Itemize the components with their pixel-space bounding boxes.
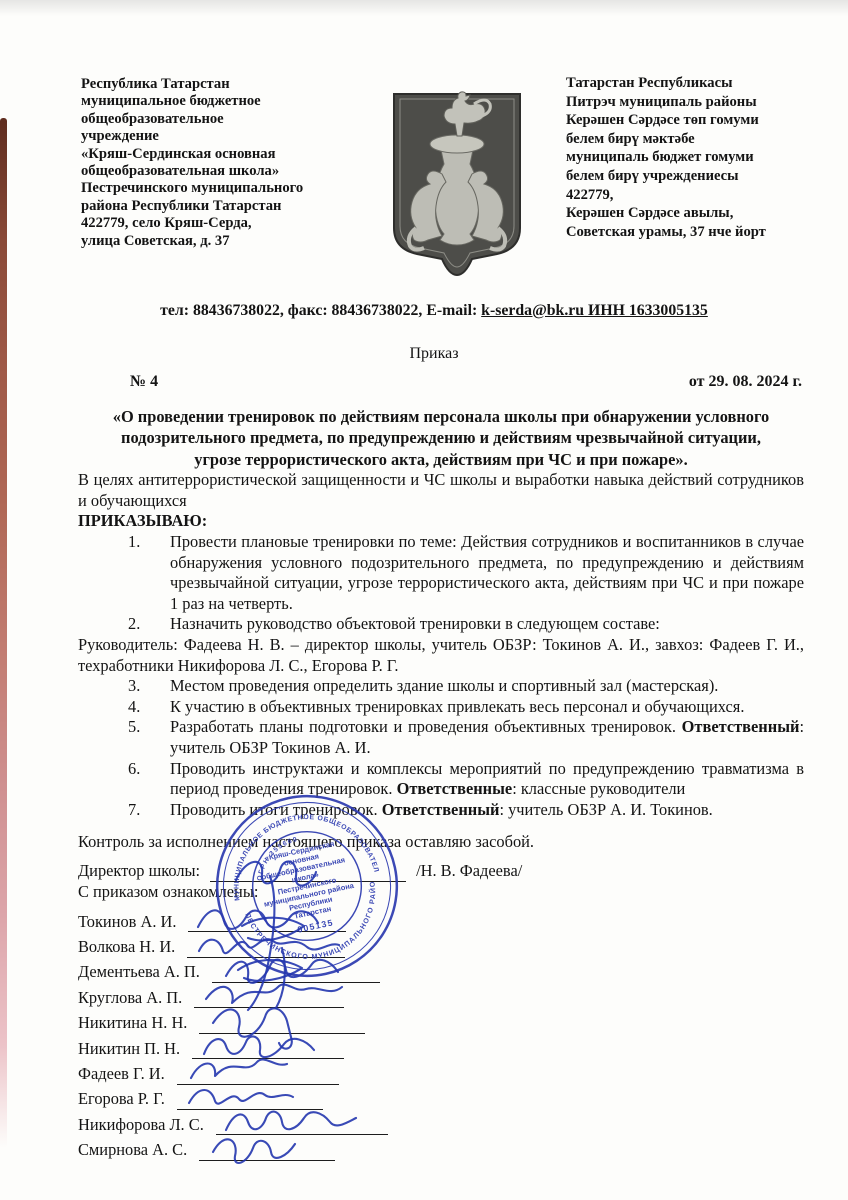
order-title: «О проведении тренировок по действиям пе… [78, 406, 804, 470]
item-text: Местом проведения определить здание школ… [170, 676, 718, 695]
item-number: 4. [128, 697, 140, 718]
signer-name: Егорова Р. Г. [78, 1089, 165, 1110]
order-item: 3.Местом проведения определить здание шк… [78, 676, 804, 697]
scan-edge-artifact [0, 118, 7, 1148]
handwritten-signature [203, 1130, 353, 1168]
contact-prefix: тел: 88436738022, факс: 88436738022, E-m… [160, 302, 481, 319]
signer-name: Фадеев Г. И. [78, 1064, 165, 1085]
acquainted-label: С приказом ознакомлены: [78, 882, 804, 907]
order-item: Руководитель: Фадеева Н. В. – директор ш… [78, 635, 804, 676]
order-item: 4.К участию в объективных тренировках пр… [78, 697, 804, 718]
order-preamble: В целях антитеррористической защищенност… [78, 470, 804, 511]
item-number: 3. [128, 676, 140, 697]
item-number: 2. [128, 614, 140, 635]
signer-row: Волкова Н. И. [78, 932, 804, 957]
signer-list: Токинов А. И.Волкова Н. И.Дементьева А. … [78, 907, 804, 1161]
director-label: Директор школы: [78, 861, 200, 882]
order-date: от 29. 08. 2024 г. [689, 373, 802, 391]
item-text: Разработать планы подготовки и проведени… [170, 717, 804, 757]
item-text: Руководитель: Фадеева Н. В. – директор ш… [78, 635, 804, 675]
order-item: 1.Провести плановые тренировки по теме: … [78, 532, 804, 614]
order-item-list: 1.Провести плановые тренировки по теме: … [78, 532, 804, 820]
item-number: 1. [128, 532, 140, 553]
item-number: 7. [128, 800, 140, 821]
signer-name: Смирнова А. С. [78, 1140, 187, 1161]
order-item: 2.Назначить руководство объектовой трени… [78, 614, 804, 635]
order-item: 6.Проводить инструктажи и комплексы меро… [78, 759, 804, 800]
item-text: Назначить руководство объектовой трениро… [170, 614, 660, 633]
letterhead-russian: Республика Татарстан муниципальное бюдже… [81, 76, 383, 250]
order-item: 5.Разработать планы подготовки и проведе… [78, 717, 804, 758]
signature-line [199, 1140, 335, 1161]
director-signature-line [210, 861, 406, 882]
item-text: Проводить инструктажи и комплексы меропр… [170, 759, 804, 799]
signer-name: Никитина Н. Н. [78, 1013, 187, 1034]
resolve-word: ПРИКАЗЫВАЮ: [78, 511, 804, 532]
signer-name: Никитин П. Н. [78, 1039, 180, 1060]
number-date-row: № 4 от 29. 08. 2024 г. [130, 373, 802, 391]
signer-row: Дементьева А. П. [78, 958, 804, 983]
letterhead-tatar: Татарстан Республикасы Питрэч муниципаль… [566, 74, 834, 241]
signer-row: Смирнова А. С. [78, 1135, 804, 1160]
order-number: № 4 [130, 373, 158, 391]
order-body: «О проведении тренировок по действиям пе… [78, 406, 804, 1161]
signer-row: Егорова Р. Г. [78, 1085, 804, 1110]
item-number: 6. [128, 759, 140, 780]
signer-name: Круглова А. П. [78, 988, 182, 1009]
signer-row: Никитина Н. Н. [78, 1008, 804, 1033]
signer-name: Никифорова Л. С. [78, 1115, 204, 1136]
control-line: Контроль за исполнением настоящего прика… [78, 832, 804, 853]
closing-section: Контроль за исполнением настоящего прика… [78, 832, 804, 1161]
signer-name: Волкова Н. И. [78, 937, 175, 958]
signer-name: Токинов А. И. [78, 912, 176, 933]
document-page: Республика Татарстан муниципальное бюдже… [0, 0, 848, 1200]
coat-of-arms-emblem [386, 88, 528, 276]
item-text: Проводить итоги тренировок. Ответственны… [170, 800, 713, 819]
item-text: К участию в объективных тренировках прив… [170, 697, 744, 716]
item-number: 5. [128, 717, 140, 738]
order-item: 7.Проводить итоги тренировок. Ответствен… [78, 800, 804, 821]
director-signature-row: Директор школы: /Н. В. Фадеева/ [78, 856, 804, 882]
signer-row: Токинов А. И. [78, 907, 804, 932]
document-type-heading: Приказ [50, 345, 818, 363]
signer-name: Дементьева А. П. [78, 962, 200, 983]
signer-row: Круглова А. П. [78, 983, 804, 1008]
contact-email-inn: k-serda@bk.ru ИНН 1633005135 [481, 302, 708, 319]
item-text: Провести плановые тренировки по теме: Де… [170, 532, 804, 613]
contact-line: тел: 88436738022, факс: 88436738022, E-m… [50, 302, 818, 320]
director-name: /Н. В. Фадеева/ [416, 861, 522, 882]
